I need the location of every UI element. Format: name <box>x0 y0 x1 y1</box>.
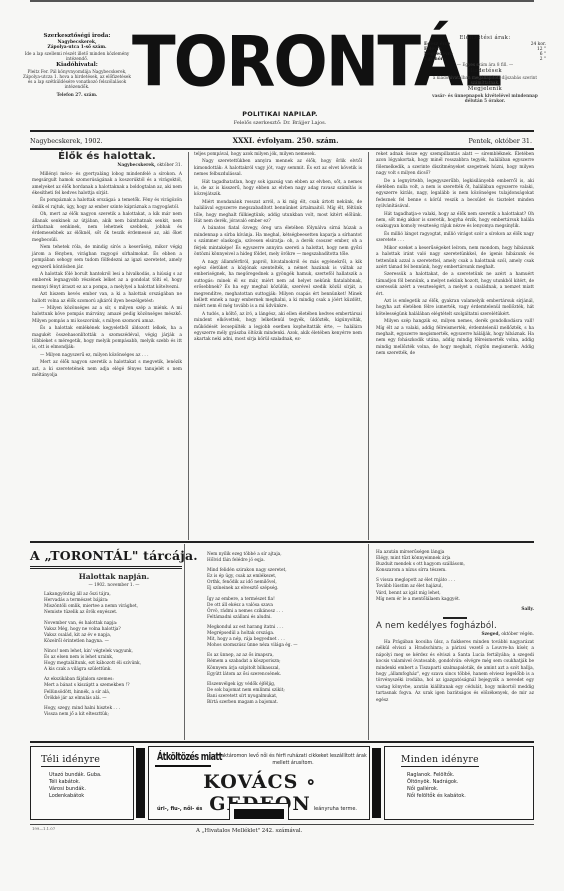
paragraph: Mert az élők nagyon szeretik a halottaka… <box>32 360 182 379</box>
article-column-3: reket adnak össze egy szempillantás alat… <box>376 152 534 359</box>
paragraph: Hát tagadhatatlan, hogy sok igazság van … <box>194 180 362 199</box>
editorial-office-note: Ide a lap szellemi részét illető minden … <box>22 51 132 61</box>
paragraph: — Milyen nagyszerű ez, milyen közönséges… <box>32 353 182 359</box>
ad-bottom-right: leányruha terme. <box>314 806 357 812</box>
paragraph: teljes pompával, hogy azok milyen jók, m… <box>194 152 362 158</box>
poem-column-3: Ha azután mírserűségen lángjaElégy, mint… <box>376 550 534 705</box>
paragraph: A bánatos fiatal özvegy, öreg ura életéb… <box>194 226 362 258</box>
paragraph: A nagy államférfiról, papról, hivatalnok… <box>194 260 362 311</box>
ad-every-season-list: Raglanok. Felöltők. Öltönyök. Nadrágok. … <box>407 772 533 800</box>
paragraph: És millió lángot ragyogtat, millió virág… <box>376 232 534 245</box>
ad-black-bar <box>136 748 145 818</box>
paragraph: Miért mondanánk rosszat arról, a ki míg … <box>194 200 362 226</box>
paragraph: Hát tagadhatja-e valaki, hogy az élők ne… <box>376 212 534 231</box>
ad-center-black-bar <box>234 809 284 819</box>
ad-black-bar <box>372 748 381 818</box>
volume-number: XXXI. évfolyam. 250. szám. <box>233 136 339 145</box>
subscription-heading: Előfizetési árak: <box>424 34 546 42</box>
ad-bottom-left: úri-, fiu-, női- és <box>157 806 202 812</box>
ads-note: a kiadóhivatalban megállapított díjszabá… <box>424 75 546 85</box>
newspaper-subtitle: POLITIKAI NAPILAP. <box>132 110 428 118</box>
publisher-office-heading: Kiadóhivatal: <box>22 61 132 69</box>
poem-stanza: Hogy, szegy, mind halni hisztek . . .Vis… <box>44 706 184 718</box>
column-divider <box>188 152 189 540</box>
newspaper-title: TORONTÁL <box>132 25 428 101</box>
print-id: 199—1.1.07 <box>32 826 55 831</box>
ads-heading: Hirdetések <box>424 67 546 75</box>
ad-every-season-box: Minden idényre Raglanok. Felöltők. Öltön… <box>384 746 534 820</box>
ad-description: raktáromon levő női és férfi ruházati ci… <box>219 753 367 767</box>
second-article-byline: Szeged, október végén. <box>376 632 534 638</box>
poem-stanza: S vissza meglopott az élet rnjáto . . .T… <box>376 578 534 602</box>
ad-every-season-title: Minden idényre <box>401 754 479 767</box>
paragraph: A tudós, a költő, az író, a lángész, aki… <box>194 312 362 344</box>
editor-line: Felelős szerkesztő: Dr. Brájjer Lajos. <box>132 120 428 126</box>
subscription-box: Előfizetési árak: Egész évre24 kor. Félé… <box>424 34 546 103</box>
column-divider <box>368 152 369 540</box>
paragraph: Nagy szeretettükben annyira mennek az él… <box>194 159 362 178</box>
tarca-top-rule <box>30 541 534 543</box>
paragraph: Milyen szép hangzik ez, milyen nemes, de… <box>376 319 534 357</box>
paragraph: Nem tehetek róla, de mindig sírós a kese… <box>32 245 182 271</box>
paragraph: Azt hiszem kevés ember van, a ki a halot… <box>32 292 182 305</box>
poem-stanza: Így az embere, a természet fia!De ott ál… <box>207 597 347 621</box>
poem-column-1: Halottak napján. — 1902. november 1. — L… <box>44 574 184 722</box>
poem-signature: Sally. <box>376 607 534 613</box>
masthead-rule <box>30 130 534 132</box>
paragraph: Oh, mert az élők nagyon szeretik a halot… <box>32 212 182 244</box>
editorial-office-heading: Szerkesztőségi iroda: <box>22 32 132 40</box>
section-separator <box>443 617 467 619</box>
ad-lead-underline <box>155 765 211 767</box>
poem-stanza: Es az ünnep, az az ős imapsra,Rémem a sz… <box>207 653 347 677</box>
article-column-1: Élők és halottak. Nagybecskerek, október… <box>32 152 182 380</box>
ad-winter-title: Téli idényre <box>41 754 100 767</box>
appears-note: vasár- és ünnepnapok kivételével mindenn… <box>424 93 546 103</box>
poem-stanza: Mind felidén szirakon nagy szeretet,Ez i… <box>207 568 347 592</box>
place-year: Nagybecskerek, 1902. <box>30 137 103 145</box>
paragraph: Azt is emlegetik az élők, gyakran valame… <box>376 299 534 318</box>
poem-stanza: November van, és halottak napja:Vaksz Mé… <box>44 621 184 645</box>
poem-stanza: Nem nyílik ezeg többé a sír ajtaja,Hőlvi… <box>207 552 347 564</box>
poem-stanza: Megkondul az est harang itatni . . .Megr… <box>207 625 347 649</box>
ad-winter-season-box: Téli idényre Utazó bundák. Guba. Téli ka… <box>30 746 134 820</box>
tarca-heading-rule <box>30 566 182 567</box>
publisher-office-note: Pleitz Fer. Pál könyvnyomdája Nagybecske… <box>22 69 132 89</box>
second-article-body: Ha Prágában kocsiba ülsz, a fiakkeres mi… <box>376 640 534 704</box>
ad-winter-list: Utazó bundák. Guba. Téli kabátok. Városi… <box>49 772 133 800</box>
tarca-heading: A „TORONTÁL" tárcája. <box>30 548 198 563</box>
paragraph: És a halottak emlékének kegyeletből áldo… <box>32 326 182 352</box>
day-date: Pentek, október 31. <box>469 137 532 145</box>
poem-stanza: Elszenvélgek így védők éjféljig,De sok b… <box>207 682 347 706</box>
poem-date: — 1902. november 1. — <box>44 582 184 588</box>
article-headline: Élők és halottak. <box>32 154 182 160</box>
article-column-2: teljes pompával, hogy azok milyen jók, m… <box>194 152 362 345</box>
paragraph: — Milyen közönséges az a sír, s milyen s… <box>32 306 182 325</box>
paragraph: Millényi mécs- és gyertyaláng lobog mind… <box>32 172 182 198</box>
poem-stanza: Nincs! nem lehet, kin' végtelek vagyunk,… <box>44 649 184 673</box>
poem-column-2: Nem nyílik ezeg többé a sír ajtaja,Hőlvi… <box>207 552 347 710</box>
phone-number: Telefon 27. szám. <box>22 92 132 97</box>
poem-stanza: Az ekszikában fájdalom szemes:Mert a bán… <box>44 677 184 701</box>
ad-kovacs-gedeon-box: Átköltözés miatt raktáromon levő női és … <box>148 746 370 820</box>
paragraph: És pompáznak a halottak országai: a teme… <box>32 198 182 211</box>
appears-heading: Megjelenik <box>424 85 546 93</box>
paragraph: A halottak fölé borult hantokról lesi a … <box>32 272 182 291</box>
article-byline: Nagybecskerek, október 31. <box>32 163 182 169</box>
official-supplement-note: A „Hivatalos Melléklet" 242. számával. <box>196 828 302 834</box>
poem-stanza: Ha azután mírserűségen lángjaElégy, mint… <box>376 550 534 574</box>
footer-rule <box>30 824 534 825</box>
second-article-headline: A nem kedélyes fogházból. <box>376 623 534 629</box>
paragraph: Mikor ezeket a keserűségeket leírom, nem… <box>376 246 534 272</box>
column-divider <box>184 544 185 740</box>
tarca-heading-rule <box>30 568 182 569</box>
column-divider <box>368 544 369 740</box>
ad-top-rule <box>30 741 534 743</box>
editorial-office-box: Szerkesztőségi iroda: Nagybecskerek, Záp… <box>22 32 132 97</box>
ad-center-box <box>229 803 289 820</box>
poem-stanza: Lakangyöntüg áll az őszi tájra,Hervadás … <box>44 592 184 616</box>
dateline-rule <box>30 148 534 150</box>
paragraph: reket adnak össze egy szempillantás alat… <box>376 152 534 178</box>
paragraph: De a legnyírtebb, legegyszerűbb, legkisi… <box>376 179 534 211</box>
dateline: Nagybecskerek, 1902. XXXI. évfolyam. 250… <box>30 136 532 145</box>
paragraph: Szeressük a halottakat, de a szeretetünk… <box>376 272 534 298</box>
ad-lead-text: Átköltözés miatt <box>157 751 222 763</box>
poem-title: Halottak napján. <box>44 574 184 580</box>
top-edge-rule <box>30 0 534 2</box>
